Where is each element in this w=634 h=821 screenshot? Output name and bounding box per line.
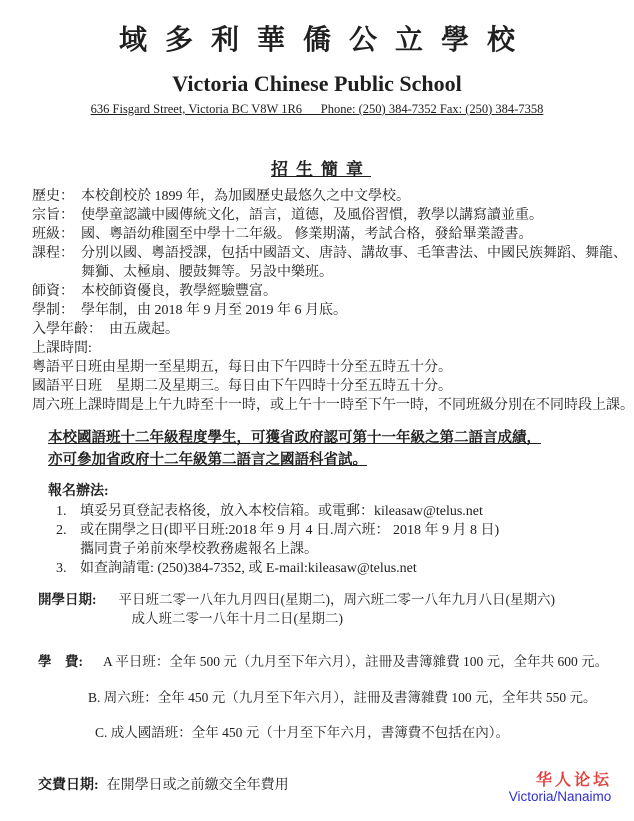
school-name-english: Victoria Chinese Public School — [0, 71, 634, 97]
schedule-section: 上課時間: 粵語平日班由星期一至星期五，每日由下午四時十分至五時五十分。 國語平… — [0, 339, 634, 415]
info-text: 學年制，由 2018 年 9 月至 2019 年 6 月底。 — [81, 301, 628, 320]
tuition-item-a: A 平日班：全年 500 元（九月至下年六月），註冊及書簿雜費 100 元，全年… — [103, 652, 608, 671]
notice-line-2: 亦可參加省政府十二年級第二語言之國語科省試。 — [48, 449, 624, 471]
item-number: 3. — [56, 559, 80, 578]
opening-dates-label: 開學日期: — [38, 590, 97, 628]
info-label: 歷史： — [32, 187, 74, 206]
item-number: 1. — [56, 502, 80, 521]
registration-item-2-continued: 攜同貴子弟前來學校教務處報名上課。 — [80, 540, 634, 559]
tuition-item-c: C. 成人國語班：全年 450 元（十月至下年六月，書簿費不包括在內）。 — [95, 723, 634, 742]
watermark: 华人论坛 Victoria/Nanaimo — [490, 772, 630, 804]
schedule-line-mandarin: 國語平日班 星期二及星期三。每日由下午四時十分至五時五十分。 — [32, 377, 634, 396]
registration-item-3: 3. 如查詢請電: (250)384-7352, 或 E-mail:kileas… — [56, 559, 634, 578]
item-text: 或在開學之日(即平日班:2018 年 9 月 4 日.周六班： 2018 年 9… — [80, 521, 499, 540]
provincial-exam-notice: 本校國語班十二年級程度學生，可獲省政府認可第十一年級之第二語言成績， 亦可參加省… — [48, 427, 624, 471]
school-info-section: 歷史： 本校創校於 1899 年，為加國歷史最悠久之中文學校。 宗旨： 使學童認… — [32, 187, 628, 339]
registration-item-1: 1. 填妥另頁登記表格後，放入本校信箱。或電郵：kileasaw@telus.n… — [56, 502, 634, 521]
opening-dates-lines: 平日班二零一八年九月四日(星期二)，周六班二零一八年九月八日(星期六) 成人班二… — [119, 590, 555, 628]
document-page: 域多利華僑公立學校 Victoria Chinese Public School… — [0, 0, 634, 821]
info-label: 班級： — [32, 225, 74, 244]
watermark-english: Victoria/Nanaimo — [490, 790, 630, 805]
watermark-chinese: 华人论坛 — [518, 772, 630, 790]
opening-dates-line-2: 成人班二零一八年十月二日(星期二) — [132, 609, 555, 628]
opening-dates-line-1: 平日班二零一八年九月四日(星期二)，周六班二零一八年九月八日(星期六) — [119, 590, 555, 609]
info-row-mission: 宗旨： 使學童認識中國傳統文化，語言，道德，及風俗習慣，教學以講寫讀並重。 — [32, 206, 628, 225]
info-text: 使學童認識中國傳統文化，語言，道德，及風俗習慣，教學以講寫讀並重。 — [81, 206, 628, 225]
info-row-entry-age: 入學年齡： 由五歲起。 — [32, 320, 628, 339]
schedule-line-saturday: 周六班上課時間是上午九時至十一時，或上午十一時至下午一時，不同班級分別在不同時段… — [32, 396, 634, 415]
info-text: 由五歲起。 — [109, 320, 628, 339]
payment-date-text: 在開學日或之前繳交全年費用 — [107, 776, 289, 795]
info-text: 本校師資優良，教學經驗豐富。 — [81, 282, 628, 301]
address-phone-line: 636 Fisgard Street, Victoria BC V8W 1R6 … — [0, 102, 634, 117]
tuition-item-b: B. 周六班：全年 450 元（九月至下年六月），註冊及書簿雜費 100 元，全… — [88, 688, 634, 707]
info-row-teachers: 師資： 本校師資優良，教學經驗豐富。 — [32, 282, 628, 301]
schedule-line-cantonese: 粵語平日班由星期一至星期五，每日由下午四時十分至五時五十分。 — [32, 358, 634, 377]
item-text: 填妥另頁登記表格後，放入本校信箱。或電郵：kileasaw@telus.net — [80, 502, 483, 521]
info-text: 國、粵語幼稚園至中學十二年級。 修業期滿，考試合格，發給畢業證書。 — [81, 225, 628, 244]
doc-title: 招生簡章 — [0, 155, 634, 180]
schedule-heading: 上課時間: — [32, 339, 634, 358]
tuition-section: 學 費: A 平日班：全年 500 元（九月至下年六月），註冊及書簿雜費 100… — [0, 652, 634, 742]
info-label: 學制： — [32, 301, 74, 320]
registration-list: 1. 填妥另頁登記表格後，放入本校信箱。或電郵：kileasaw@telus.n… — [0, 502, 634, 578]
info-row-grades: 班級： 國、粵語幼稚園至中學十二年級。 修業期滿，考試合格，發給畢業證書。 — [32, 225, 628, 244]
tuition-label: 學 費: — [38, 652, 83, 671]
info-row-curriculum: 課程： 分別以國、粵語授課，包括中國語文、唐詩、講故事、毛筆書法、中國民族舞蹈、… — [32, 244, 628, 282]
tuition-item-a-row: 學 費: A 平日班：全年 500 元（九月至下年六月），註冊及書簿雜費 100… — [38, 652, 634, 671]
opening-dates-section: 開學日期: 平日班二零一八年九月四日(星期二)，周六班二零一八年九月八日(星期六… — [38, 590, 634, 628]
info-label: 宗旨： — [32, 206, 74, 225]
info-label: 師資： — [32, 282, 74, 301]
item-text: 如查詢請電: (250)384-7352, 或 E-mail:kileasaw@… — [80, 559, 417, 578]
registration-heading: 報名辦法: — [48, 482, 634, 501]
item-number: 2. — [56, 521, 80, 540]
info-row-history: 歷史： 本校創校於 1899 年，為加國歷史最悠久之中文學校。 — [32, 187, 628, 206]
info-label: 入學年齡： — [32, 320, 102, 339]
notice-line-1: 本校國語班十二年級程度學生，可獲省政府認可第十一年級之第二語言成績， — [48, 427, 624, 449]
registration-item-2: 2. 或在開學之日(即平日班:2018 年 9 月 4 日.周六班： 2018 … — [56, 521, 634, 540]
school-name-chinese: 域多利華僑公立學校 — [0, 0, 634, 58]
payment-date-label: 交費日期: — [38, 776, 99, 795]
info-text: 本校創校於 1899 年，為加國歷史最悠久之中文學校。 — [81, 187, 628, 206]
info-text: 分別以國、粵語授課，包括中國語文、唐詩、講故事、毛筆書法、中國民族舞蹈、舞龍、舞… — [81, 244, 628, 282]
info-row-school-year: 學制： 學年制，由 2018 年 9 月至 2019 年 6 月底。 — [32, 301, 628, 320]
info-label: 課程： — [32, 244, 74, 282]
